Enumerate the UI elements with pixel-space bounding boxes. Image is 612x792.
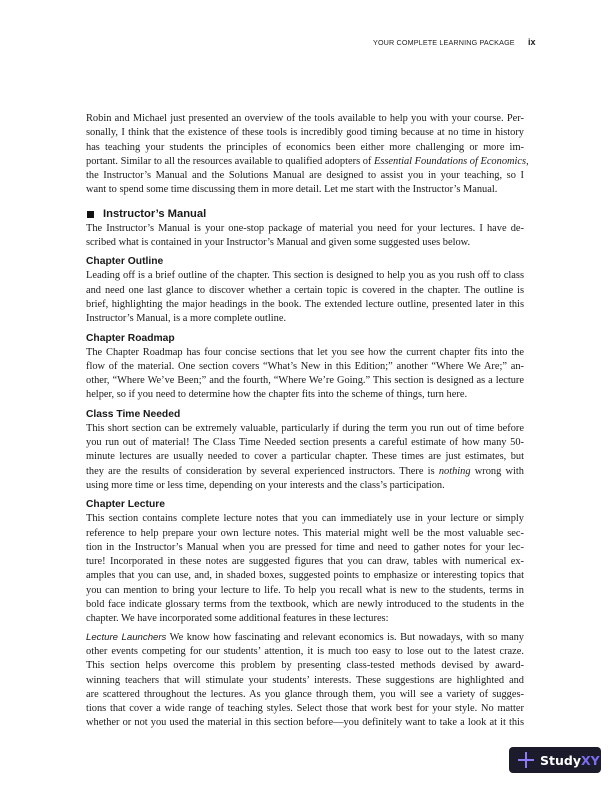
brand-text-study: Study [540, 753, 581, 768]
text-fragment: they are the results of consideration by… [86, 466, 439, 477]
document-page: YOUR COMPLETE LEARNING PACKAGE ix Robin … [0, 0, 612, 792]
running-head-title: YOUR COMPLETE LEARNING PACKAGE [373, 38, 515, 47]
subheading-chapter-roadmap: Chapter Roadmap [86, 332, 524, 346]
square-bullet-icon [87, 211, 94, 218]
page-number: ix [528, 37, 536, 47]
text-line: using more time or less time, depending … [86, 479, 524, 493]
text-line: tion in the Instructor’s Manual when you… [86, 541, 524, 555]
chapter-outline-paragraph: Leading off is a brief outline of the ch… [86, 269, 524, 326]
text-line: amples that you can use, and, in shaded … [86, 569, 524, 583]
text-line: Lecture Launchers We know how fascinatin… [86, 631, 524, 645]
text-line: Instructor’s Manual, is a more complete … [86, 312, 524, 326]
text-line: Robin and Michael just presented an over… [86, 112, 524, 126]
text-line: This short section can be extremely valu… [86, 422, 524, 436]
text-line: reference to help prepare your own lectu… [86, 527, 524, 541]
instructors-manual-paragraph: The Instructor’s Manual is your one-stop… [86, 222, 524, 251]
text-line: The Instructor’s Manual is your one-stop… [86, 222, 524, 236]
chapter-lecture-paragraph: This section contains complete lecture n… [86, 512, 524, 626]
text-line: This section helps overcome this problem… [86, 659, 524, 673]
text-line: are scattered throughout the lectures. A… [86, 688, 524, 702]
text-line: has teaching your students the principle… [86, 141, 524, 155]
text-line: the Instructor’s Manual and the Solution… [86, 169, 524, 183]
text-line: scribed what is contained in your Instru… [86, 236, 524, 250]
text-line: and need one last glance to discover whe… [86, 284, 524, 298]
text-line: This section contains complete lecture n… [86, 512, 524, 526]
runin-heading-lecture-launchers: Lecture Launchers [86, 632, 166, 643]
text-line: you can mention to bring your lecture to… [86, 584, 524, 598]
studyxy-watermark-badge[interactable]: StudyXY [509, 747, 601, 773]
chapter-roadmap-paragraph: The Chapter Roadmap has four concise sec… [86, 346, 524, 403]
text-line: flow of the material. One section covers… [86, 360, 524, 374]
text-line: winning teachers that will stimulate you… [86, 674, 524, 688]
text-fragment: portant. Similar to all the resources av… [86, 156, 374, 167]
book-title: Essential Foundations of Economics, [374, 156, 529, 167]
text-line: chapter. We have incorporated some addit… [86, 612, 524, 626]
intro-paragraph: Robin and Michael just presented an over… [86, 112, 524, 198]
emphasis-word: nothing [439, 466, 471, 477]
text-line: The Chapter Roadmap has four concise sec… [86, 346, 524, 360]
text-line: tions that cover a wide range of teachin… [86, 702, 524, 716]
text-fragment: wrong with [471, 466, 524, 477]
section-heading-instructors-manual: Instructor’s Manual [86, 207, 524, 222]
text-line: ture! Incorporated in these notes are su… [86, 555, 524, 569]
subheading-chapter-lecture: Chapter Lecture [86, 498, 524, 512]
text-fragment: We know how fascinating and relevant eco… [166, 632, 524, 643]
text-line: want to spend some time discussing them … [86, 183, 524, 197]
text-line: portant. Similar to all the resources av… [86, 155, 524, 169]
text-line: they are the results of consideration by… [86, 465, 524, 479]
text-line: brief, highlighting the major headings i… [86, 298, 524, 312]
plus-icon [515, 749, 537, 771]
subheading-class-time-needed: Class Time Needed [86, 408, 524, 422]
text-line: sonally, I think that the existence of t… [86, 126, 524, 140]
heading-text: Instructor’s Manual [103, 207, 206, 222]
lecture-launchers-paragraph: Lecture Launchers We know how fascinatin… [86, 631, 524, 731]
text-line: whether or not you used the material in … [86, 716, 524, 730]
class-time-needed-paragraph: This short section can be extremely valu… [86, 422, 524, 493]
text-line: other, “Where We’ve Been;” and the fourt… [86, 374, 524, 388]
text-line: helper, so if you need to determine how … [86, 388, 524, 402]
text-line: you run out of material! The Class Time … [86, 436, 524, 450]
text-line: Leading off is a brief outline of the ch… [86, 269, 524, 283]
text-line: bold face indicate glossary terms from t… [86, 598, 524, 612]
subheading-chapter-outline: Chapter Outline [86, 255, 524, 269]
text-line: other events competing for our students’… [86, 645, 524, 659]
running-head: YOUR COMPLETE LEARNING PACKAGE ix [0, 38, 612, 52]
brand-text-xy: XY [581, 753, 600, 768]
page-body: Robin and Michael just presented an over… [86, 112, 524, 731]
text-line: minute lectures are usually needed to co… [86, 450, 524, 464]
